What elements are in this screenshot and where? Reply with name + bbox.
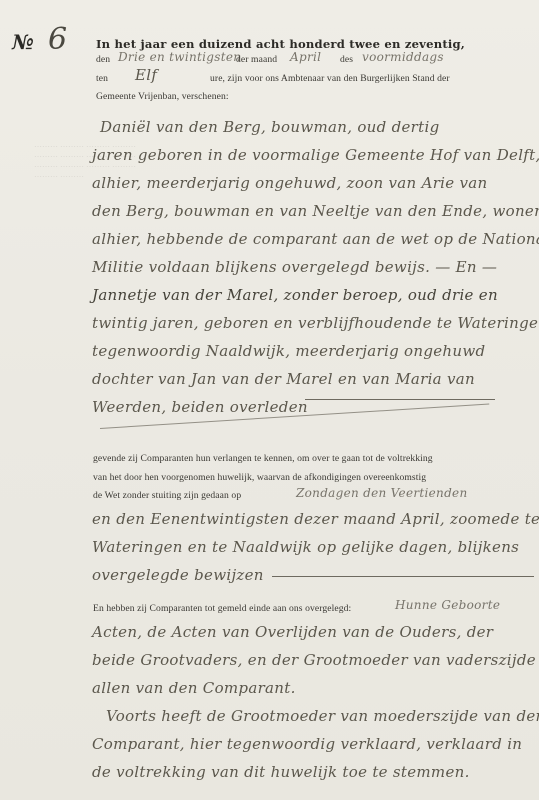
ten-label: ten <box>96 73 108 84</box>
body-line: tegenwoordig Naaldwijk, meerderjarig ong… <box>92 342 485 360</box>
body-line: alhier, hebbende de comparant aan de wet… <box>92 230 539 248</box>
day-handwritten: Drie en twintigsten <box>118 50 241 64</box>
body-line: den Berg, bouwman en van Neeltje van den… <box>92 202 539 220</box>
body-line: Daniël van den Berg, bouwman, oud dertig <box>100 118 439 136</box>
body-line: dochter van Jan van der Marel en van Mar… <box>92 370 475 388</box>
register-page: ……… ……… ……… ……………… ……… ……… ……………… ……… ……… <box>0 0 539 800</box>
closing-hand-line: beide Grootvaders, en der Grootmoeder va… <box>92 651 536 669</box>
closing-print-line: En hebben zij Comparanten tot gemeld ein… <box>93 603 351 614</box>
body-line: Jannetje van der Marel, zonder beroep, o… <box>92 286 498 304</box>
middle-print-line: de Wet zonder stuiting zijn gedaan op <box>93 490 241 501</box>
den-label: den <box>96 54 110 65</box>
closing-hand-line: Acten, de Acten van Overlijden van de Ou… <box>92 623 493 641</box>
time-of-day-handwritten: voormiddags <box>362 50 444 64</box>
month-handwritten: April <box>290 50 321 64</box>
body-line: jaren geboren in de voormalige Gemeente … <box>92 146 539 164</box>
municipality-line: Gemeente Vrijenban, verschenen: <box>96 91 229 102</box>
fill-line <box>305 399 495 400</box>
middle-hand-line: Wateringen en te Naaldwijk op gelijke da… <box>92 538 519 556</box>
body-line: alhier, meerderjarig ongehuwd, zoon van … <box>92 174 488 192</box>
record-number-value: 6 <box>48 22 67 57</box>
record-number-label: № <box>12 30 34 54</box>
fill-line <box>272 576 534 577</box>
closing-hand-line: Comparant, hier tegenwoordig verklaard, … <box>92 735 522 753</box>
hour-handwritten: Elf <box>135 66 157 84</box>
body-line: Weerden, beiden overleden <box>92 398 308 416</box>
body-line: twintig jaren, geboren en verblijfhouden… <box>92 314 539 332</box>
closing-hand-line: Voorts heeft de Grootmoeder van moedersz… <box>106 707 539 725</box>
appearance-line: ure, zijn voor ons Ambtenaar van den Bur… <box>210 73 450 84</box>
body-line: Militie voldaan blijkens overgelegd bewi… <box>92 258 497 276</box>
middle-print-line: van het door hen voorgenomen huwelijk, w… <box>93 472 426 483</box>
closing-hand-line: allen van den Comparant. <box>92 679 296 697</box>
header-year-line: In het jaar een duizend acht honderd twe… <box>96 37 465 51</box>
middle-hand-line: overgelegde bewijzen <box>92 566 264 584</box>
middle-hand-line: Zondagen den Veertienden <box>296 486 468 500</box>
des-label: des <box>340 54 353 65</box>
middle-print-line: gevende zij Comparanten hun verlangen te… <box>93 453 433 464</box>
middle-hand-line: en den Eenentwintigsten dezer maand Apri… <box>92 510 539 528</box>
closing-hand-line: Hunne Geboorte <box>395 598 500 612</box>
der-maand-label: der maand <box>236 54 277 65</box>
closing-hand-line: de voltrekking van dit huwelijk toe te s… <box>92 763 470 781</box>
